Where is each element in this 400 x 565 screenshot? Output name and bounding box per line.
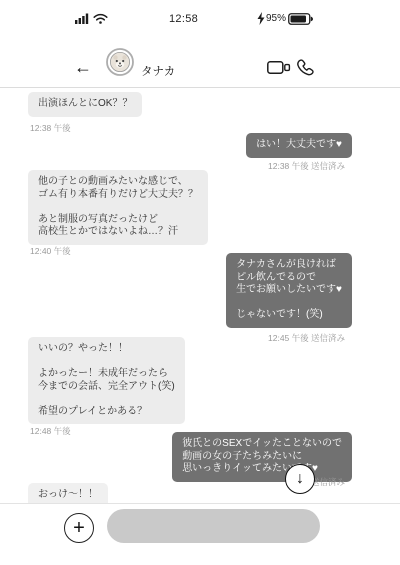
chat-message-list: 出演ほんとにOK？？12:38 午後はい！大丈夫です♥12:38 午後 送信済み… [0, 0, 400, 565]
message-line [38, 393, 175, 406]
message-bubble-right: タナカさんが良ければピル飲んでるので生でお願いしたいです♥じゃないです！(笑) [226, 253, 352, 328]
message-line: おっけ～！！ [38, 489, 98, 502]
message-line: ゴム有り本番有りだけど大丈夫？？ [38, 189, 198, 202]
message-timestamp: 12:38 午後 [30, 122, 71, 134]
message-input[interactable] [107, 509, 320, 543]
message-timestamp: 12:38 午後 送信済み [268, 160, 345, 172]
message-line: 生でお願いしたいです♥ [236, 284, 342, 297]
message-line: 出演ほんとにOK？？ [38, 98, 132, 111]
message-line: ピル飲んでるので [236, 272, 342, 285]
message-line: 彼氏とのSEXでイッたことないので [182, 438, 342, 451]
message-line: 思いっきりイッてみたいです♥ [182, 463, 342, 476]
message-bubble-left: いいの？やった！！よかったー！未成年だったら今までの会話、完全アウト(笑)希望の… [28, 337, 185, 424]
message-line: 他の子との動画みたいな感じで、 [38, 176, 198, 189]
message-line: タナカさんが良ければ [236, 259, 342, 272]
message-bubble-left: 他の子との動画みたいな感じで、ゴム有り本番有りだけど大丈夫？？あと制服の写真だっ… [28, 170, 208, 245]
message-line: よかったー！未成年だったら [38, 368, 175, 381]
message-line: 今までの会話、完全アウト(笑) [38, 381, 175, 394]
message-line: あと制服の写真だったけど [38, 214, 198, 227]
message-line: 動画の女の子たちみたいに [182, 451, 342, 464]
message-line: はい！大丈夫です♥ [256, 139, 342, 152]
message-timestamp: 12:45 午後 送信済み [268, 332, 345, 344]
phone-screen: 12:58 95% ← [0, 0, 400, 565]
message-line: いいの？やった！！ [38, 343, 175, 356]
message-bubble-right: 彼氏とのSEXでイッたことないので動画の女の子たちみたいに思いっきりイッてみたい… [172, 432, 352, 482]
message-line [38, 356, 175, 369]
message-timestamp: 12:40 午後 [30, 245, 71, 257]
message-bubble-right: はい！大丈夫です♥ [246, 133, 352, 158]
message-input-bar: + [0, 503, 400, 565]
message-timestamp: 12:48 午後 [30, 425, 71, 437]
attachment-plus-button[interactable]: + [64, 513, 94, 543]
scroll-to-bottom-button[interactable]: ↓ [285, 464, 315, 494]
message-line [236, 297, 342, 310]
message-line: 高校生とかではないよね…？汗 [38, 226, 198, 239]
message-line [38, 201, 198, 214]
message-line: 希望のプレイとかある？ [38, 406, 175, 419]
message-line: じゃないです！(笑) [236, 309, 342, 322]
message-bubble-left: 出演ほんとにOK？？ [28, 92, 142, 117]
